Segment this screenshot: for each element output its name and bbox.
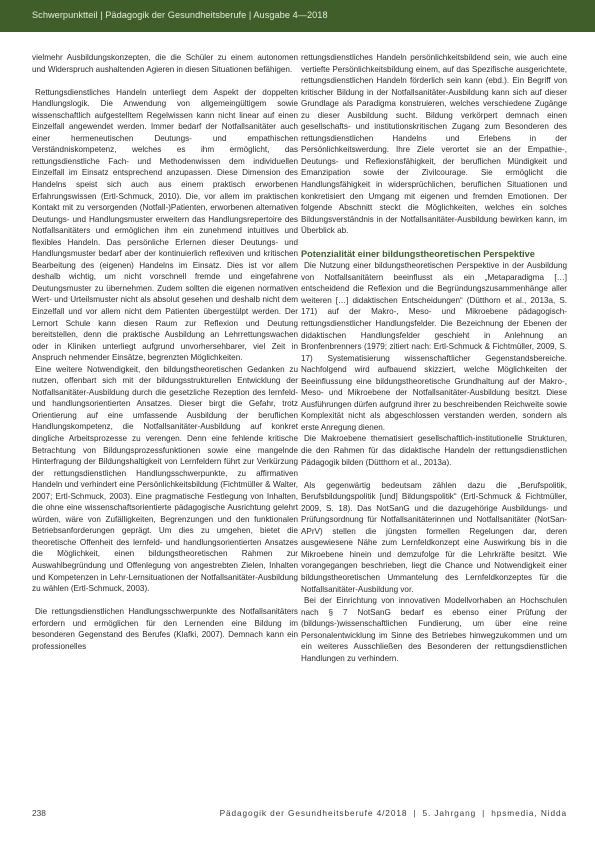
- paragraph: Die Nutzung einer bildungstheoretischen …: [301, 260, 567, 433]
- running-header-band: Schwerpunktteil | Pädagogik der Gesundhe…: [0, 0, 595, 32]
- volume: 5. Jahrgang: [422, 808, 476, 818]
- journal-issue: Pädagogik der Gesundheitsberufe 4/2018: [220, 808, 408, 818]
- right-text-column: rettungsdienstliches Handeln persönlichk…: [301, 52, 567, 664]
- publisher: hpsmedia, Nidda: [491, 808, 567, 818]
- footer-citation: Pädagogik der Gesundheitsberufe 4/2018|5…: [220, 808, 567, 818]
- footer-separator: |: [482, 808, 485, 818]
- paragraph: Die rettungsdienstlichen Handlungsschwer…: [32, 606, 298, 652]
- left-text-column: vielmehr Ausbildungskonzepten, die die S…: [32, 52, 298, 652]
- footer-separator: |: [413, 808, 416, 818]
- running-header-title: Schwerpunktteil | Pädagogik der Gesundhe…: [32, 10, 328, 20]
- page-number: 238: [32, 808, 46, 818]
- paragraph: Als gegenwärtig bedeutsam zählen dazu di…: [301, 480, 567, 595]
- paragraph: Bei der Einrichtung von innovativen Mode…: [301, 595, 567, 664]
- paragraph: Eine weitere Notwendigkeit, den bildungs…: [32, 364, 298, 595]
- paragraph: vielmehr Ausbildungskonzepten, die die S…: [32, 52, 298, 75]
- paragraph: Rettungsdienstliches Handeln unterliegt …: [32, 87, 298, 364]
- section-heading: Potenzialität einer bildungstheoretische…: [301, 248, 567, 260]
- paragraph: Die Makroebene thematisiert gesellschaft…: [301, 433, 567, 468]
- paragraph: rettungsdienstliches Handeln persönlichk…: [301, 52, 567, 237]
